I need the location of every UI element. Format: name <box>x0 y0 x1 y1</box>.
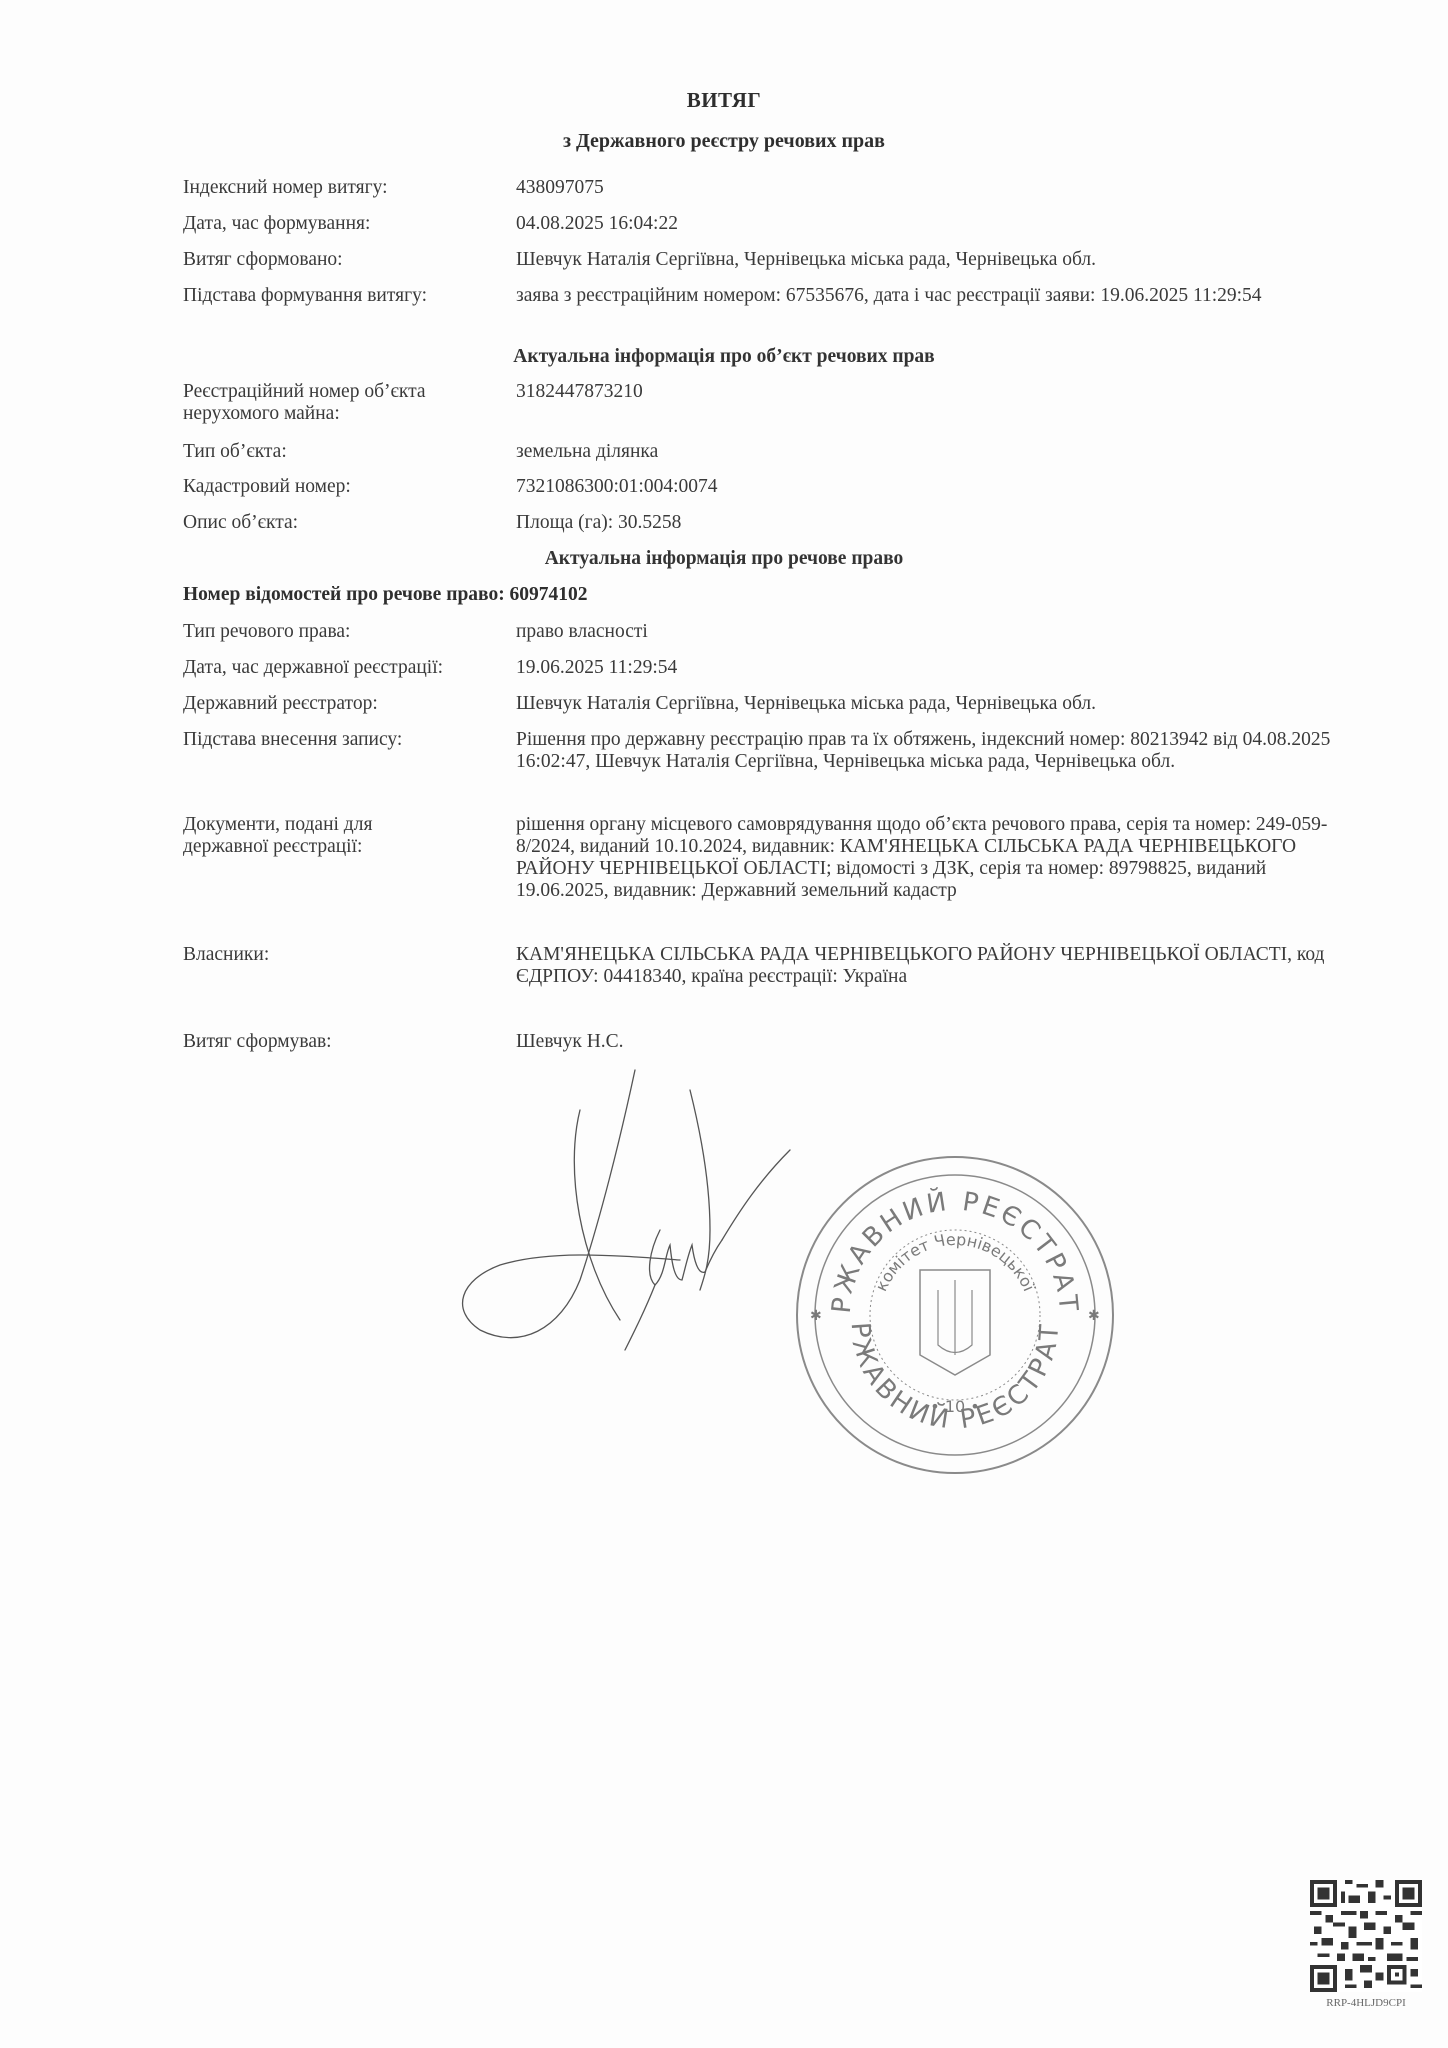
field-value: Шевчук Наталія Сергіївна, Чернівецька мі… <box>516 249 1336 271</box>
field-value: право власності <box>516 621 1336 643</box>
field-label: Власники: <box>183 944 493 966</box>
document-subtitle: з Державного реєстру речових прав <box>0 130 1448 153</box>
field-value: 19.06.2025 11:29:54 <box>516 657 1336 679</box>
svg-text:✱: ✱ <box>810 1308 822 1324</box>
field-value: Шевчук Н.С. <box>516 1031 1336 1053</box>
field-label: Підстава внесення запису: <box>183 729 493 751</box>
field-value: 3182447873210 <box>516 381 1336 403</box>
field-label: Дата, час державної реєстрації: <box>183 657 513 679</box>
field-value: рішення органу місцевого самоврядування … <box>516 814 1336 902</box>
field-value: 04.08.2025 16:04:22 <box>516 213 1336 235</box>
field-label: Індексний номер витягу: <box>183 177 493 199</box>
field-label: Тип об’єкта: <box>183 441 493 463</box>
section-heading-right: Актуальна інформація про речове право <box>0 548 1448 570</box>
qr-code-text: RRP-4HLJD9CPI <box>1302 1997 1430 2009</box>
field-value: Рішення про державну реєстрацію прав та … <box>516 729 1336 773</box>
right-record-number: Номер відомостей про речове право: 60974… <box>183 584 588 606</box>
field-label: Дата, час формування: <box>183 213 493 235</box>
field-label: Реєстраційний номер об’єкта нерухомого м… <box>183 381 483 425</box>
field-value: 7321086300:01:004:0074 <box>516 476 1336 498</box>
field-label: Тип речового права: <box>183 621 493 643</box>
official-stamp-icon: ДЕРЖАВНИЙ РЕЄСТРАТОР ДЕРЖАВНИЙ РЕЄСТРАТО… <box>790 1150 1120 1480</box>
field-value: Шевчук Наталія Сергіївна, Чернівецька мі… <box>516 693 1336 715</box>
field-label: Документи, подані для державної реєстрац… <box>183 814 423 858</box>
field-label: Опис об’єкта: <box>183 512 493 534</box>
signature-icon <box>460 1060 820 1390</box>
field-value: КАМ'ЯНЕЦЬКА СІЛЬСЬКА РАДА ЧЕРНІВЕЦЬКОГО … <box>516 944 1346 988</box>
document-title: ВИТЯГ <box>0 88 1448 113</box>
svg-text:✱: ✱ <box>1088 1308 1100 1324</box>
field-label: Витяг сформовано: <box>183 249 493 271</box>
field-value: земельна ділянка <box>516 441 1336 463</box>
section-heading-object: Актуальна інформація про об’єкт речових … <box>0 346 1448 368</box>
field-label: Витяг сформував: <box>183 1031 493 1053</box>
field-label: Кадастровий номер: <box>183 476 493 498</box>
qr-code-icon <box>1310 1880 1422 1992</box>
field-label: Підстава формування витягу: <box>183 285 493 307</box>
svg-text:• 10 •: • 10 • <box>930 1397 979 1416</box>
field-value: заява з реєстраційним номером: 67535676,… <box>516 285 1316 307</box>
field-label: Державний реєстратор: <box>183 693 493 715</box>
document-page: ВИТЯГ з Державного реєстру речових прав … <box>0 0 1448 2048</box>
field-value: Площа (га): 30.5258 <box>516 512 1336 534</box>
field-value: 438097075 <box>516 177 1336 199</box>
